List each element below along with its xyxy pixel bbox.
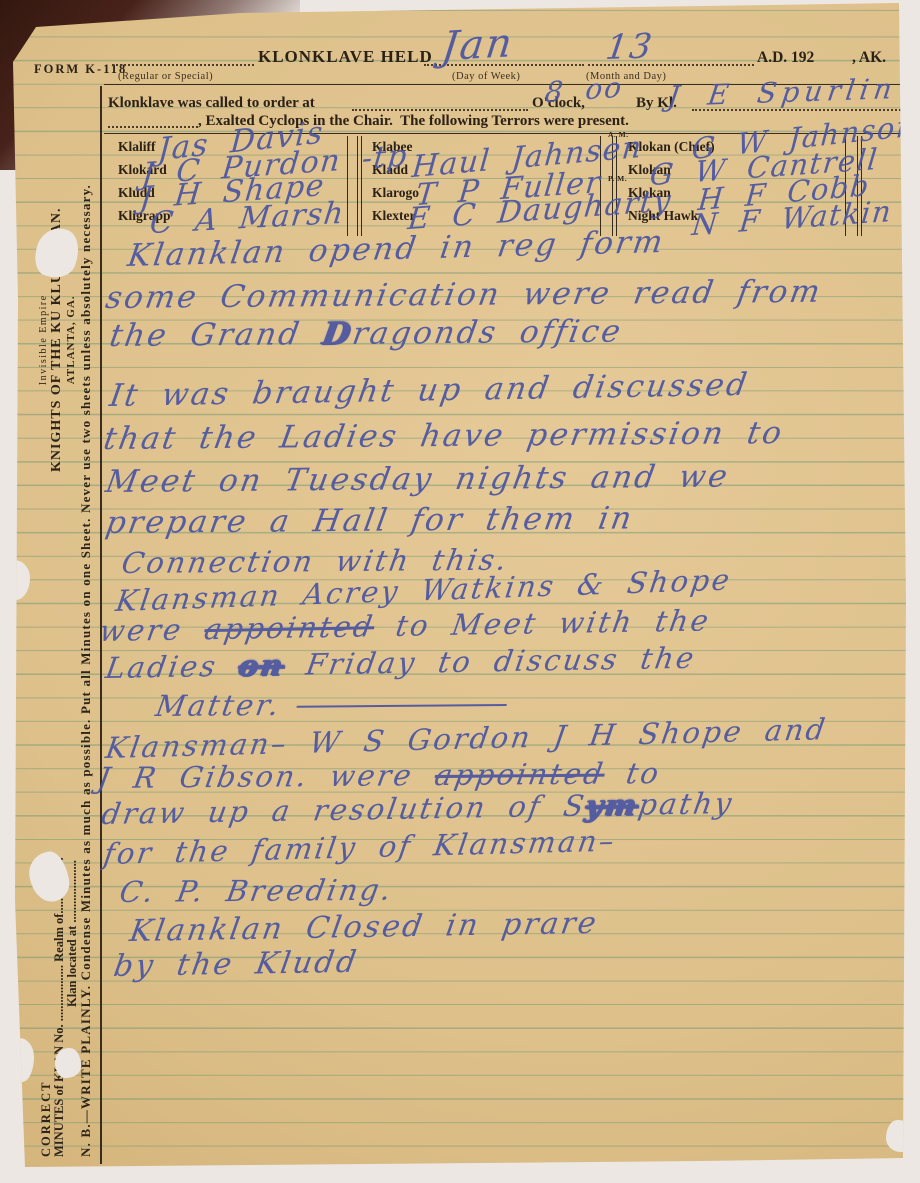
caption-day-of-week: (Day of Week) bbox=[452, 71, 520, 82]
minutes-text: Ladies bbox=[103, 649, 242, 685]
minutes-line: Klanklan Closed in prare bbox=[127, 906, 601, 949]
minutes-text: appointed bbox=[432, 757, 607, 793]
minutes-text: C. P. Breeding. bbox=[117, 873, 396, 909]
minutes-text: by the Kludd bbox=[111, 945, 361, 984]
minutes-text: Klanklan Closed in prare bbox=[127, 906, 601, 949]
minutes-text: to bbox=[602, 756, 664, 791]
time-entry: 8 oo bbox=[543, 70, 625, 109]
sidebar-nb-line: N. B.—WRITE PLAINLY. Condense Minutes as… bbox=[78, 184, 94, 1157]
month-day-entry: 13 bbox=[603, 26, 656, 68]
officer-label-klaliff: Klaliff bbox=[118, 139, 156, 155]
minutes-text: to Meet with the bbox=[372, 603, 713, 643]
minutes-text: on bbox=[236, 648, 287, 683]
minutes-text: ragonds office bbox=[350, 314, 626, 352]
minutes-text: were bbox=[97, 612, 207, 648]
minutes-line: prepare a Hall for them in bbox=[103, 500, 637, 541]
cyclops-signature: J E Spurlin bbox=[666, 72, 899, 113]
minutes-line: for the family of Klansman– bbox=[101, 824, 618, 872]
minutes-text: J R Gibson. were bbox=[95, 758, 438, 795]
minutes-text: draw up a resolution of bbox=[99, 789, 566, 831]
paper-tear bbox=[55, 1048, 81, 1078]
minutes-text: that the Ladies have permission to bbox=[101, 415, 787, 457]
leader-cyclops-name bbox=[108, 126, 198, 128]
minutes-text: prepare a Hall for them in bbox=[103, 500, 637, 541]
minutes-line: C. P. Breeding. bbox=[117, 873, 396, 909]
ink-dash bbox=[296, 704, 506, 708]
minutes-line: Matter. bbox=[153, 686, 510, 723]
minutes-text: ym bbox=[583, 788, 641, 823]
minutes-line: by the Kludd bbox=[111, 945, 361, 984]
minutes-text: pathy bbox=[636, 786, 736, 822]
minutes-form-page: Invisible Empire KNIGHTS OF THE KU KLUX … bbox=[0, 0, 920, 1183]
minutes-text: for the family of Klansman– bbox=[101, 824, 618, 872]
minutes-line: Meet on Tuesday nights and we bbox=[103, 459, 732, 500]
leader-time bbox=[352, 109, 528, 111]
scanned-document: Invisible Empire KNIGHTS OF THE KU KLUX … bbox=[0, 0, 920, 1183]
leader-regular-special bbox=[112, 64, 254, 66]
minutes-line: Ladies on Friday to discuss the bbox=[103, 641, 698, 685]
minutes-text: appointed bbox=[202, 609, 377, 646]
minutes-line: It was braught up and discussed bbox=[107, 367, 752, 414]
paper-tear bbox=[6, 1038, 34, 1082]
minutes-text: Meet on Tuesday nights and we bbox=[103, 459, 732, 500]
caption-regular-special: (Regular or Special) bbox=[118, 71, 213, 82]
minutes-line: that the Ladies have permission to bbox=[101, 415, 787, 457]
officer-label-klarogo: Klarogo bbox=[372, 185, 419, 201]
minutes-line: the Grand Dragonds office bbox=[107, 314, 625, 355]
minutes-line: some Communication were read from bbox=[103, 274, 825, 316]
paper-tear bbox=[886, 1120, 912, 1152]
sidebar-correct-block: CORRECT MINUTES of KLAN No. ............… bbox=[40, 857, 79, 1157]
form-title: KLONKLAVE HELD bbox=[258, 47, 433, 67]
minutes-text: the Grand bbox=[107, 316, 326, 354]
ad-year-label: A.D. 192 bbox=[757, 49, 814, 67]
state-label: , AK. bbox=[852, 49, 886, 67]
minutes-text: some Communication were read from bbox=[103, 274, 825, 316]
day-of-week-entry: Jan bbox=[439, 20, 516, 70]
paper-tear bbox=[4, 560, 30, 600]
minutes-text: Friday to discuss the bbox=[282, 641, 699, 682]
called-to-order-label: Klonklave was called to order at bbox=[108, 95, 315, 112]
minutes-text: Matter. bbox=[153, 688, 284, 723]
minutes-text: It was braught up and discussed bbox=[107, 367, 752, 414]
